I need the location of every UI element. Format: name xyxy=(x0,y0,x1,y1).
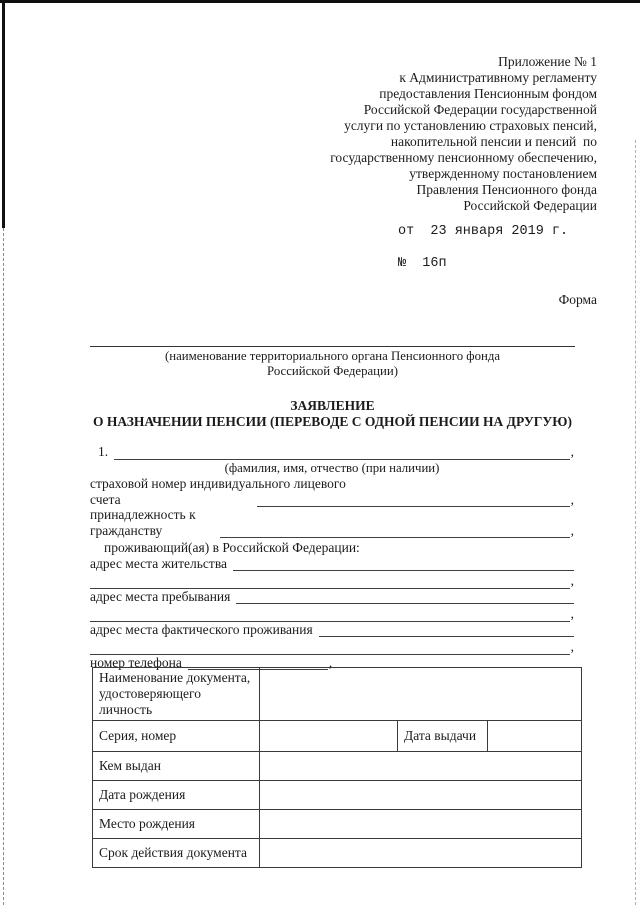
scan-border-left-dashed xyxy=(3,228,4,905)
scan-border-right-dashed xyxy=(635,140,636,905)
birth-date-label: Дата рождения xyxy=(93,781,260,810)
series-number-value-cell xyxy=(260,721,398,752)
address-actual-blank-line xyxy=(319,635,574,637)
address-stay-row2: , xyxy=(90,606,574,622)
comma: , xyxy=(570,492,574,508)
org-caption-line: (наименование территориального органа Пе… xyxy=(90,349,575,364)
birth-date-value-cell xyxy=(260,781,582,810)
address-stay-label: адрес места пребывания xyxy=(90,589,230,605)
item-number: 1. xyxy=(90,444,108,460)
snils-label-line2: счета xyxy=(90,492,121,508)
header-line: государственному пенсионному обеспечению… xyxy=(217,150,597,166)
fio-blank-line xyxy=(114,458,570,460)
doc-validity-value-cell xyxy=(260,839,582,868)
doc-name-label: Наименование документа, удостоверяющего … xyxy=(93,668,260,721)
table-row-birth-place: Место рождения xyxy=(93,810,582,839)
citizenship-blank-line xyxy=(220,536,569,538)
fio-row: 1. , xyxy=(90,444,574,460)
identity-document-table: Наименование документа, удостоверяющего … xyxy=(92,667,582,868)
table-row-birth-date: Дата рождения xyxy=(93,781,582,810)
address-actual-row2: , xyxy=(90,639,574,655)
comma: , xyxy=(570,444,574,460)
table-row-issued-by: Кем выдан xyxy=(93,752,582,781)
document-date: от 23 января 2019 г. xyxy=(398,224,568,239)
applicant-section: 1. , (фамилия, имя, отчество (при наличи… xyxy=(90,444,574,670)
title-line: О НАЗНАЧЕНИИ ПЕНСИИ (ПЕРЕВОДЕ С ОДНОЙ ПЕ… xyxy=(90,414,575,430)
address-actual-label: адрес места фактического проживания xyxy=(90,622,313,638)
document-title: ЗАЯВЛЕНИЕ О НАЗНАЧЕНИИ ПЕНСИИ (ПЕРЕВОДЕ … xyxy=(90,398,575,430)
comma: , xyxy=(570,639,574,655)
header-line: накопительной пенсии и пенсий по xyxy=(217,134,597,150)
title-line: ЗАЯВЛЕНИЕ xyxy=(90,398,575,414)
address-stay-row: адрес места пребывания xyxy=(90,589,574,605)
doc-validity-label: Срок действия документа xyxy=(93,839,260,868)
header-line: предоставления Пенсионным фондом xyxy=(217,86,597,102)
header-line: к Административному регламенту xyxy=(217,70,597,86)
citizenship-label-line2: гражданству xyxy=(90,523,162,539)
address-residence-blank-line xyxy=(233,569,574,571)
address-residence-label: адрес места жительства xyxy=(90,556,227,572)
comma: , xyxy=(570,523,574,539)
birth-place-value-cell xyxy=(260,810,582,839)
birth-place-label: Место рождения xyxy=(93,810,260,839)
citizenship-label-line1: принадлежность к xyxy=(90,507,574,523)
address-residence-row2: , xyxy=(90,573,574,589)
header-line: Российской Федерации xyxy=(217,198,597,214)
header-line: Правления Пенсионного фонда xyxy=(217,182,597,198)
address-stay-blank-line xyxy=(236,602,574,604)
document-number: № 16п xyxy=(398,256,447,271)
issued-by-value-cell xyxy=(260,752,582,781)
header-line: услуги по установлению страховых пенсий, xyxy=(217,118,597,134)
org-name-block: (наименование территориального органа Пе… xyxy=(90,346,575,379)
table-row-doc-name: Наименование документа, удостоверяющего … xyxy=(93,668,582,721)
issue-date-value-cell xyxy=(488,721,582,752)
residing-label: проживающий(ая) в Российской Федерации: xyxy=(90,540,574,556)
fio-caption: (фамилия, имя, отчество (при наличии) xyxy=(90,461,574,477)
address-actual-row: адрес места фактического проживания xyxy=(90,622,574,638)
doc-name-value-cell xyxy=(260,668,582,721)
appendix-header: Приложение № 1 к Административному регла… xyxy=(217,54,597,214)
table-row-series-number: Серия, номер Дата выдачи xyxy=(93,721,582,752)
form-label: Форма xyxy=(559,292,597,308)
issue-date-label: Дата выдачи xyxy=(398,721,488,752)
comma: , xyxy=(570,573,574,589)
snils-label-line1: страховой номер индивидуального лицевого xyxy=(90,476,574,492)
scan-border-left xyxy=(2,0,5,228)
snils-blank-line xyxy=(257,505,570,507)
snils-row: счета , xyxy=(90,492,574,508)
comma: , xyxy=(570,606,574,622)
citizenship-row: гражданству , xyxy=(90,523,574,539)
org-caption-line: Российской Федерации) xyxy=(90,364,575,379)
series-number-label: Серия, номер xyxy=(93,721,260,752)
header-line: утвержденному постановлением xyxy=(217,166,597,182)
header-line: Российской Федерации государственной xyxy=(217,102,597,118)
address-residence-row: адрес места жительства xyxy=(90,556,574,572)
table-row-doc-validity: Срок действия документа xyxy=(93,839,582,868)
header-line: Приложение № 1 xyxy=(217,54,597,70)
scan-border-top xyxy=(0,0,640,3)
issued-by-label: Кем выдан xyxy=(93,752,260,781)
